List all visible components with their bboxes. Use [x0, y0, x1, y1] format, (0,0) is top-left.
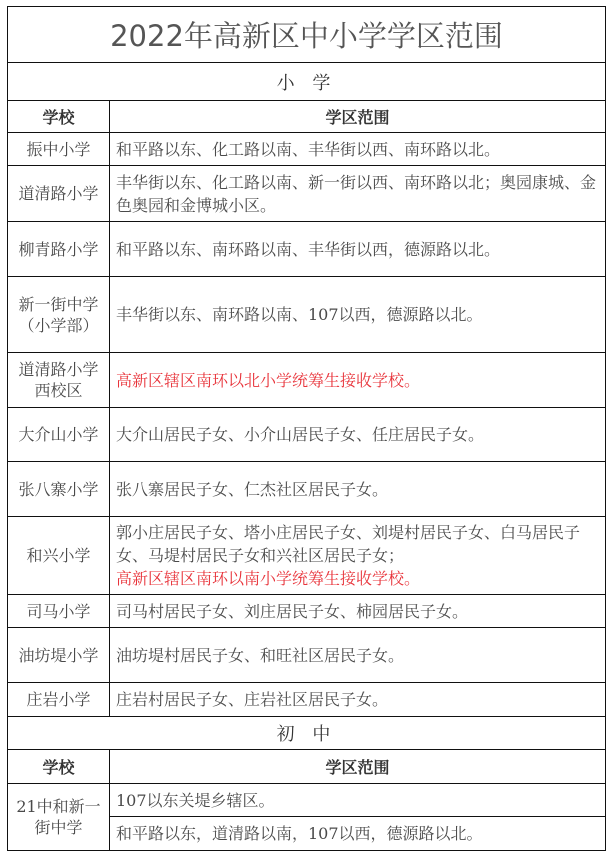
- district-range: 和平路以东、南环路以南、丰华街以西，德源路以北。: [110, 222, 606, 277]
- table-row: 和兴小学 郭小庄居民子女、塔小庄居民子女、刘堤村居民子女、白马居民子女、马堤村居…: [8, 517, 606, 595]
- header-range: 学区范围: [110, 750, 606, 784]
- page-title: 2022年高新区中小学学区范围: [8, 7, 606, 63]
- table-row: 油坊堤小学 油坊堤村居民子女、和旺社区居民子女。: [8, 628, 606, 683]
- school-name: 和兴小学: [8, 517, 110, 595]
- section-primary: 小 学: [8, 63, 606, 101]
- district-range: 丰华街以东、化工路以南、新一街以西、南环路以北；奥园康城、金色奥园和金博城小区。: [110, 166, 606, 222]
- table-row: 新一街中学（小学部） 丰华街以东、南环路以南、107以西，德源路以北。: [8, 277, 606, 353]
- district-range: 和平路以东，道清路以南，107以西，德源路以北。: [110, 817, 606, 851]
- table-row: 庄岩小学 庄岩村居民子女、庄岩社区居民子女。: [8, 683, 606, 717]
- district-range: 郭小庄居民子女、塔小庄居民子女、刘堤村居民子女、白马居民子女、马堤村居民子女和兴…: [110, 517, 606, 595]
- table-row: 柳青路小学 和平路以东、南环路以南、丰华街以西，德源路以北。: [8, 222, 606, 277]
- school-name: 振中小学: [8, 133, 110, 166]
- school-name: 司马小学: [8, 595, 110, 628]
- table-row: 道清路小学 丰华街以东、化工路以南、新一街以西、南环路以北；奥园康城、金色奥园和…: [8, 166, 606, 222]
- school-name: 道清路小学: [8, 166, 110, 222]
- table-row: 道清路小学西校区 高新区辖区南环以北小学统筹生接收学校。: [8, 353, 606, 408]
- table-row: 振中小学 和平路以东、化工路以南、丰华街以西、南环路以北。: [8, 133, 606, 166]
- school-name: 大介山小学: [8, 408, 110, 462]
- school-name: 张八寨小学: [8, 462, 110, 517]
- school-district-table: 2022年高新区中小学学区范围 小 学 学校 学区范围 振中小学 和平路以东、化…: [7, 6, 606, 851]
- district-range: 司马村居民子女、刘庄居民子女、柿园居民子女。: [110, 595, 606, 628]
- district-range-highlight: 高新区辖区南环以南小学统筹生接收学校。: [116, 569, 420, 588]
- section-middle: 初 中: [8, 717, 606, 750]
- school-name: 新一街中学（小学部）: [8, 277, 110, 353]
- district-range-highlight: 高新区辖区南环以北小学统筹生接收学校。: [110, 353, 606, 408]
- header-school: 学校: [8, 750, 110, 784]
- district-range-text: 郭小庄居民子女、塔小庄居民子女、刘堤村居民子女、白马居民子女、马堤村居民子女和兴…: [116, 523, 580, 565]
- table-row: 司马小学 司马村居民子女、刘庄居民子女、柿园居民子女。: [8, 595, 606, 628]
- school-name: 柳青路小学: [8, 222, 110, 277]
- school-name: 道清路小学西校区: [8, 353, 110, 408]
- table-row: 张八寨小学 张八寨居民子女、仁杰社区居民子女。: [8, 462, 606, 517]
- table-row: 21中和新一街中学 107以东关堤乡辖区。: [8, 784, 606, 817]
- district-range: 张八寨居民子女、仁杰社区居民子女。: [110, 462, 606, 517]
- district-range: 油坊堤村居民子女、和旺社区居民子女。: [110, 628, 606, 683]
- district-range: 大介山居民子女、小介山居民子女、任庄居民子女。: [110, 408, 606, 462]
- school-name: 21中和新一街中学: [8, 784, 110, 851]
- header-school: 学校: [8, 101, 110, 133]
- table-row: 大介山小学 大介山居民子女、小介山居民子女、任庄居民子女。: [8, 408, 606, 462]
- school-name: 庄岩小学: [8, 683, 110, 717]
- header-range: 学区范围: [110, 101, 606, 133]
- district-range: 和平路以东、化工路以南、丰华街以西、南环路以北。: [110, 133, 606, 166]
- district-range: 107以东关堤乡辖区。: [110, 784, 606, 817]
- district-range: 丰华街以东、南环路以南、107以西，德源路以北。: [110, 277, 606, 353]
- school-name: 油坊堤小学: [8, 628, 110, 683]
- district-range: 庄岩村居民子女、庄岩社区居民子女。: [110, 683, 606, 717]
